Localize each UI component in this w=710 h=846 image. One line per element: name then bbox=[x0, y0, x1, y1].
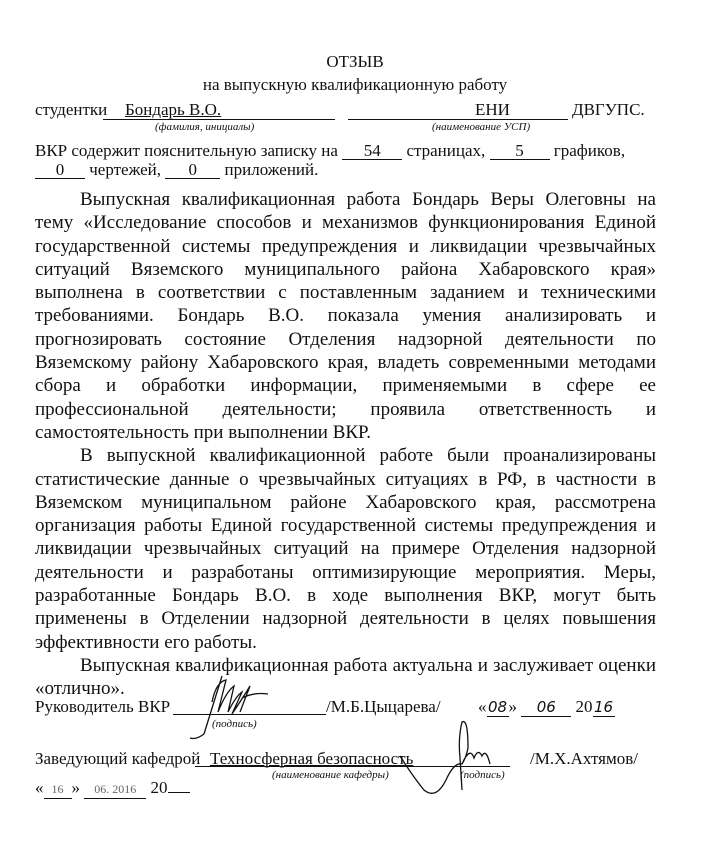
supervisor-date-year-prefix: 20 bbox=[576, 697, 593, 716]
pages-label: страницах, bbox=[406, 141, 485, 160]
head-signature-caption: (подпись) bbox=[460, 769, 505, 781]
head-signature-icon bbox=[400, 718, 540, 798]
head-department-caption: (наименование кафедры) bbox=[272, 769, 389, 781]
head-date-day: 16 bbox=[44, 781, 72, 799]
supervisor-date: «08» 06 2016 bbox=[478, 697, 615, 717]
university-name: ДВГУПС. bbox=[572, 100, 645, 120]
review-body: Выпускная квалификационная работа Бондар… bbox=[35, 188, 656, 701]
graphs-label: графиков, bbox=[554, 141, 625, 160]
stats-prefix: ВКР содержит пояснительную записку на bbox=[35, 141, 338, 160]
head-name: /М.Х.Ахтямов/ bbox=[530, 749, 638, 769]
head-date-close-quote: » bbox=[72, 778, 81, 797]
supervisor-signature-caption: (подпись) bbox=[212, 718, 257, 730]
date-close-quote: » bbox=[509, 697, 518, 716]
supervisor-label: Руководитель ВКР bbox=[35, 697, 170, 717]
document-title: ОТЗЫВ bbox=[0, 52, 710, 72]
supervisor-name: /М.Б.Цыцарева/ bbox=[326, 697, 441, 717]
head-department: Техносферная безопасность bbox=[210, 749, 413, 769]
graphs-count: 5 bbox=[490, 142, 550, 160]
student-label: студентки bbox=[35, 100, 107, 120]
date-open-quote: « bbox=[478, 697, 487, 716]
student-name-field: Бондарь В.О. bbox=[103, 100, 335, 120]
paragraph-1: Выпускная квалификационная работа Бондар… bbox=[35, 188, 656, 444]
paragraph-2: В выпускной квалификационной работе были… bbox=[35, 444, 656, 654]
usp-value: ЕНИ bbox=[475, 100, 510, 120]
pages-count: 54 bbox=[342, 142, 402, 160]
supervisor-date-day: 08 bbox=[487, 699, 509, 717]
document-subtitle: на выпускную квалификационную работу bbox=[0, 75, 710, 95]
supervisor-date-month: 06 bbox=[521, 699, 571, 717]
drawings-count: 0 bbox=[35, 161, 85, 179]
head-date-year-prefix: 20 bbox=[151, 778, 168, 797]
head-date-year-blank bbox=[168, 792, 190, 793]
appendices-count: 0 bbox=[165, 161, 220, 179]
head-date-open-quote: « bbox=[35, 778, 44, 797]
head-label: Заведующий кафедрой bbox=[35, 749, 200, 769]
usp-caption: (наименование УСП) bbox=[432, 121, 530, 133]
supervisor-date-year-suffix: 16 bbox=[593, 699, 615, 717]
usp-field: ЕНИ bbox=[348, 100, 568, 120]
stats-line-2: 0 чертежей, 0 приложений. bbox=[35, 160, 318, 180]
student-name-caption: (фамилия, инициалы) bbox=[155, 121, 254, 133]
stats-line-1: ВКР содержит пояснительную записку на 54… bbox=[35, 141, 625, 161]
head-date: «16» 06. 2016 20 bbox=[35, 778, 190, 799]
appendices-label: приложений. bbox=[225, 160, 319, 179]
supervisor-signature-icon bbox=[182, 672, 292, 742]
drawings-label: чертежей, bbox=[89, 160, 161, 179]
head-date-stamp: 06. 2016 bbox=[84, 781, 146, 799]
student-name: Бондарь В.О. bbox=[125, 100, 221, 120]
paragraph-3: Выпускная квалификационная работа актуал… bbox=[35, 654, 656, 701]
